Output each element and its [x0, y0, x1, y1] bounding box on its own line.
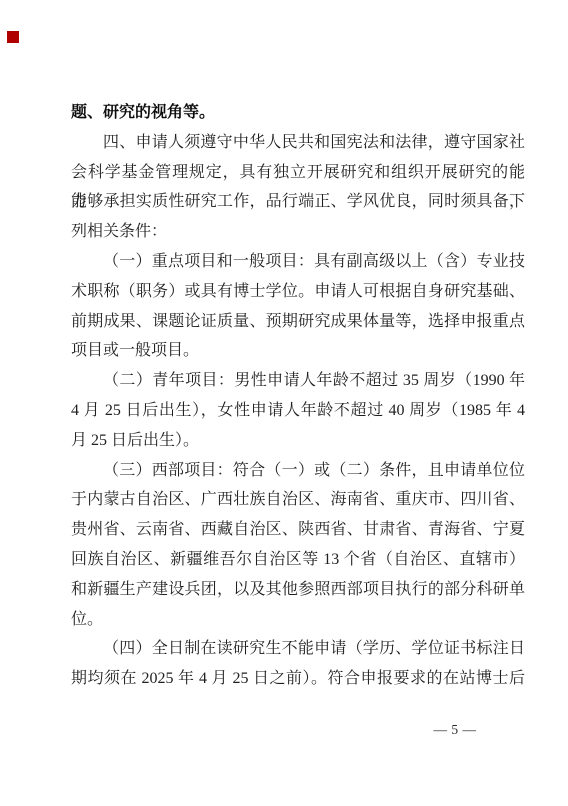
doc-line: 前期成果、课题论证质量、预期研究成果体量等，选择申报重点: [71, 307, 525, 337]
document-body: 题、研究的视角等。 四、申请人须遵守中华人民共和国宪法和法律，遵守国家社 会科学…: [71, 98, 525, 694]
doc-line: 列相关条件：: [71, 217, 525, 247]
doc-line: 会科学基金管理规定，具有独立开展研究和组织开展研究的能力，: [71, 158, 525, 188]
document-page: 题、研究的视角等。 四、申请人须遵守中华人民共和国宪法和法律，遵守国家社 会科学…: [0, 0, 568, 806]
doc-line: 和新疆生产建设兵团，以及其他参照西部项目执行的部分科研单: [71, 575, 525, 605]
doc-line: 题、研究的视角等。: [71, 98, 525, 128]
page-number: — 5 —: [424, 721, 486, 739]
doc-line: （一）重点项目和一般项目：具有副高级以上（含）专业技: [71, 247, 525, 277]
doc-line: （四）全日制在读研究生不能申请（学历、学位证书标注日: [71, 634, 525, 664]
doc-line: （二）青年项目：男性申请人年龄不超过 35 周岁（1990 年: [71, 366, 525, 396]
doc-line: 回族自治区、新疆维吾尔自治区等 13 个省（自治区、直辖市）: [71, 545, 525, 575]
doc-line: 位。: [71, 605, 525, 635]
doc-line: 项目或一般项目。: [71, 336, 525, 366]
doc-line: 于内蒙古自治区、广西壮族自治区、海南省、重庆市、四川省、: [71, 485, 525, 515]
doc-line: 月 25 日后出生）。: [71, 426, 525, 456]
doc-line: 术职称（职务）或具有博士学位。申请人可根据自身研究基础、: [71, 277, 525, 307]
doc-line: 期均须在 2025 年 4 月 25 日之前）。符合申报要求的在站博士后: [71, 664, 525, 694]
doc-line: 贵州省、云南省、西藏自治区、陕西省、甘肃省、青海省、宁夏: [71, 515, 525, 545]
doc-line: （三）西部项目：符合（一）或（二）条件，且申请单位位: [71, 456, 525, 486]
doc-line: 四、申请人须遵守中华人民共和国宪法和法律，遵守国家社: [71, 128, 525, 158]
doc-line: 4 月 25 日后出生），女性申请人年龄不超过 40 周岁（1985 年 4: [71, 396, 525, 426]
doc-line: 能够承担实质性研究工作，品行端正、学风优良，同时须具备下: [71, 187, 525, 217]
red-square-marker: [7, 31, 19, 43]
